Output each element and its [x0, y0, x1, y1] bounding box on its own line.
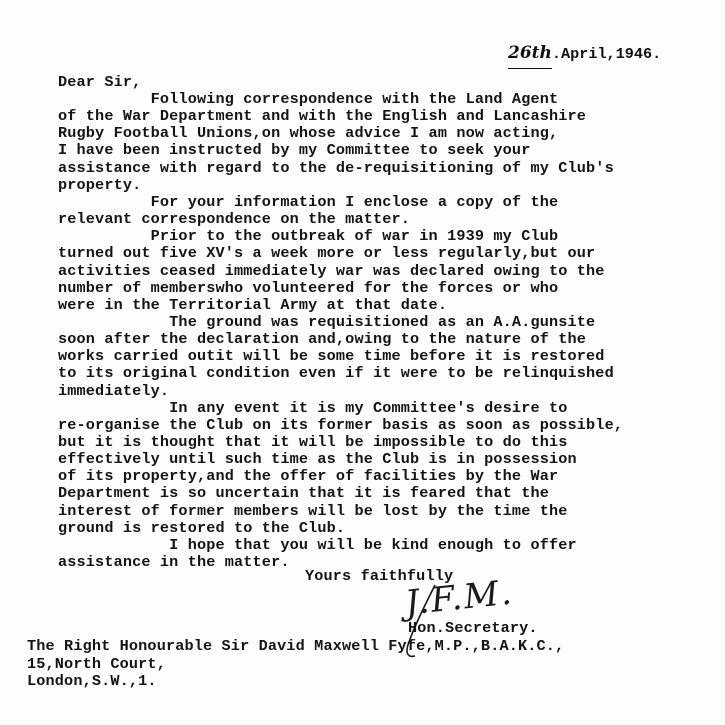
body-line: assistance in the matter. — [58, 554, 290, 570]
signatory-title: Hon.Secretary. — [408, 620, 538, 636]
body-line: Rugby Football Unions,on whose advice I … — [58, 125, 558, 141]
body-line: works carried outit will be some time be… — [58, 348, 605, 364]
salutation: Dear Sir, — [58, 74, 141, 90]
body-line: The ground was requisitioned as an A.A.g… — [58, 314, 595, 330]
date-month-year: .April,1946. — [552, 45, 661, 63]
body-line: immediately. — [58, 383, 169, 399]
body-line: of the War Department and with the Engli… — [58, 108, 586, 124]
body-line: relevant correspondence on the matter. — [58, 211, 410, 227]
body-line: property. — [58, 177, 141, 193]
recipient-line: 15,North Court, — [27, 656, 166, 672]
body-line: I hope that you will be kind enough to o… — [58, 537, 577, 553]
letter-page: 26th.April,1946. Dear Sir, Following cor… — [0, 0, 725, 725]
body-line: effectively until such time as the Club … — [58, 451, 577, 467]
recipient-line: London,S.W.,1. — [27, 673, 157, 689]
body-line: ground is restored to the Club. — [58, 520, 345, 536]
body-line: activities ceased immediately war was de… — [58, 263, 605, 279]
body-line: Following correspondence with the Land A… — [58, 91, 558, 107]
body-line: Department is so uncertain that it is fe… — [58, 485, 549, 501]
body-line: soon after the declaration and,owing to … — [58, 331, 586, 347]
body-line: of its property,and the offer of facilit… — [58, 468, 558, 484]
letter-date: 26th.April,1946. — [508, 43, 661, 63]
body-line: Prior to the outbreak of war in 1939 my … — [58, 228, 558, 244]
body-line: For your information I enclose a copy of… — [58, 194, 558, 210]
body-line: turned out five XV's a week more or less… — [58, 245, 595, 261]
body-line: were in the Territorial Army at that dat… — [58, 297, 447, 313]
date-day: 26th — [508, 43, 552, 63]
body-line: assistance with regard to the de-requisi… — [58, 160, 614, 176]
body-line: but it is thought that it will be imposs… — [58, 434, 568, 450]
body-line: interest of former members will be lost … — [58, 503, 568, 519]
body-line: number of memberswho volunteered for the… — [58, 280, 558, 296]
recipient-line: The Right Honourable Sir David Maxwell F… — [27, 638, 564, 654]
body-line: re-organise the Club on its former basis… — [58, 417, 623, 433]
body-line: I have been instructed by my Committee t… — [58, 142, 530, 158]
body-line: In any event it is my Committee's desire… — [58, 400, 568, 416]
body-line: to its original condition even if it wer… — [58, 365, 614, 381]
